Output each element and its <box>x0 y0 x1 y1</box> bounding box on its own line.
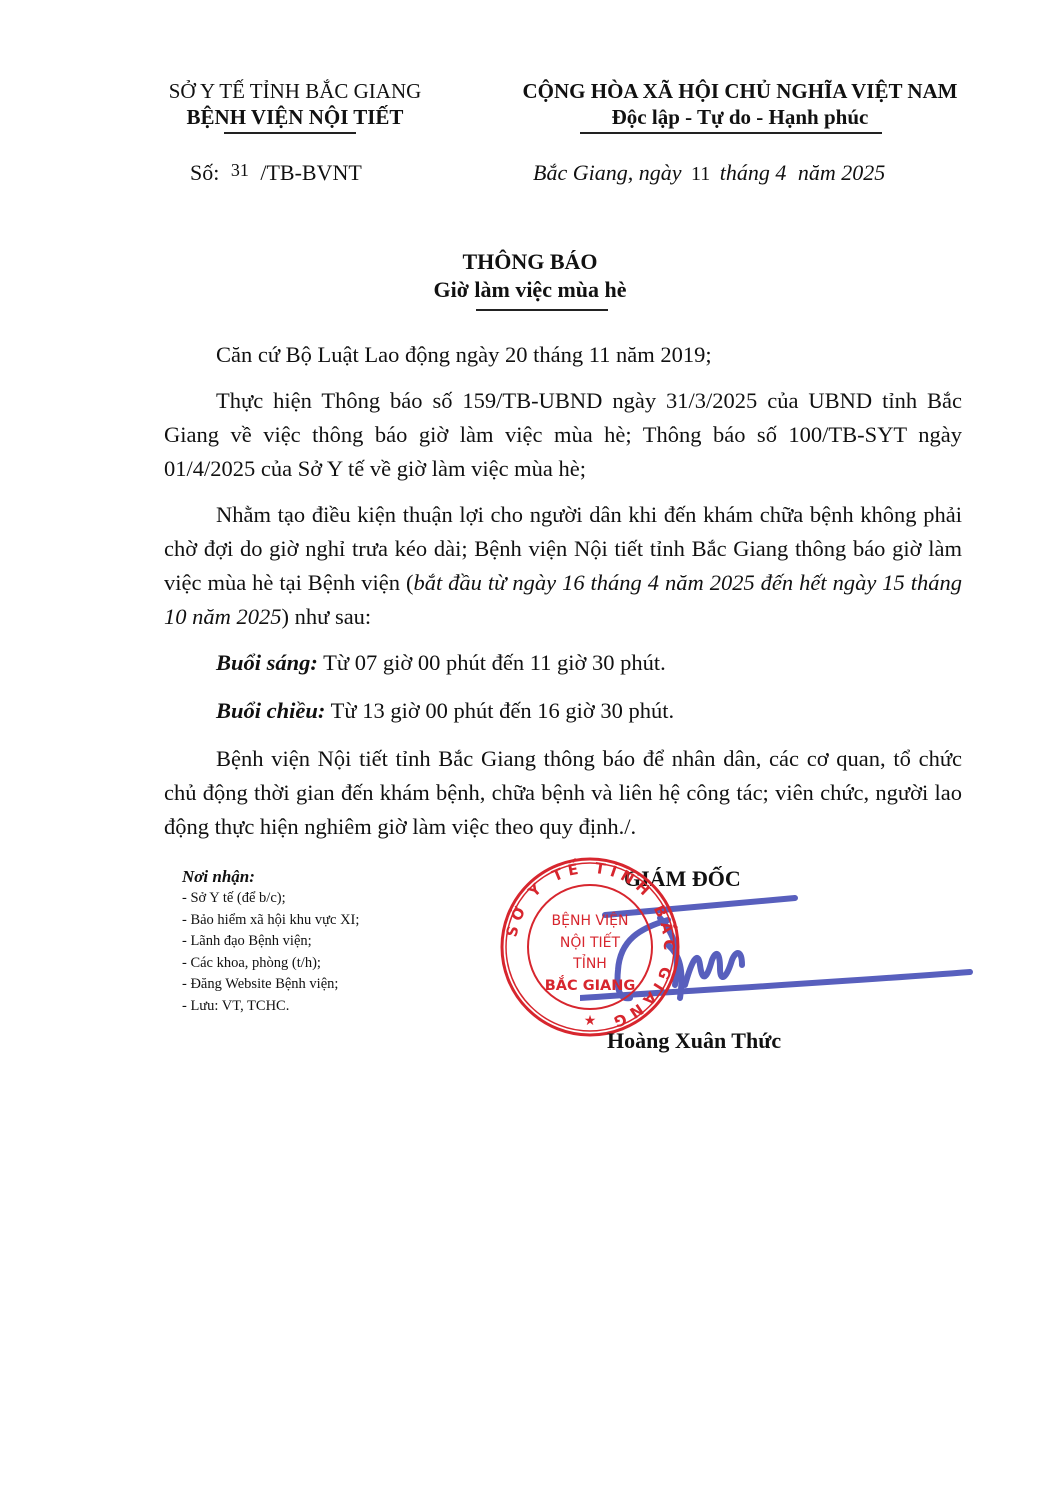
organization-underline <box>224 132 356 134</box>
official-stamp-icon: SỞ Y TẾ TỈNH BẮC GIANG BỆNH VIỆN NỘI TIẾ… <box>498 855 682 1039</box>
doc-number-suffix: /TB-BVNT <box>260 160 361 185</box>
date-year: năm 2025 <box>798 160 885 185</box>
date-place: Bắc Giang, ngày <box>533 160 681 185</box>
stamp-star-icon: ★ <box>584 1013 597 1029</box>
document-date: Bắc Giang, ngày 11 tháng 4 năm 2025 <box>533 160 885 187</box>
stamp-line-1: BỆNH VIỆN <box>552 911 629 929</box>
stamp-line-2: NỘI TIẾT <box>560 932 621 951</box>
recipient-item: - Bảo hiểm xã hội khu vực XI; <box>182 910 359 932</box>
legal-basis-paragraph: Căn cứ Bộ Luật Lao động ngày 20 tháng 11… <box>164 338 962 372</box>
organization-name: BỆNH VIỆN NỘI TIẾT <box>130 104 460 130</box>
recipients-block: Nơi nhận: - Sở Y tế (để b/c); - Bảo hiểm… <box>182 866 359 1017</box>
doc-number-value: 31 <box>231 160 249 180</box>
recipient-item: - Lưu: VT, TCHC. <box>182 996 359 1018</box>
date-day: 11 <box>691 163 710 185</box>
notice-title: THÔNG BÁO <box>380 248 680 276</box>
purpose-paragraph: Nhằm tạo điều kiện thuận lợi cho người d… <box>164 498 962 634</box>
national-motto: Độc lập - Tự do - Hạnh phúc <box>480 104 1000 130</box>
afternoon-label: Buổi chiều: <box>216 698 325 723</box>
notice-subtitle: Giờ làm việc mùa hè <box>380 276 680 304</box>
morning-label: Buổi sáng: <box>216 650 318 675</box>
closing-paragraph: Bệnh viện Nội tiết tỉnh Bắc Giang thông … <box>164 742 962 844</box>
agency-name: SỞ Y TẾ TỈNH BẮC GIANG <box>130 78 460 104</box>
title-underline <box>476 309 608 311</box>
afternoon-hours: Buổi chiều: Từ 13 giờ 00 phút đến 16 giờ… <box>164 694 962 728</box>
recipient-item: - Đăng Website Bệnh viện; <box>182 974 359 996</box>
stamp-line-3: TỈNH <box>572 954 607 972</box>
national-title: CỘNG HÒA XÃ HỘI CHỦ NGHĨA VIỆT NAM <box>480 78 1000 104</box>
morning-hours: Buổi sáng: Từ 07 giờ 00 phút đến 11 giờ … <box>164 646 962 680</box>
doc-number-prefix: Số: <box>190 160 219 185</box>
recipients-title: Nơi nhận: <box>182 866 359 888</box>
signer-name: Hoàng Xuân Thức <box>607 1028 781 1054</box>
recipient-item: - Sở Y tế (để b/c); <box>182 888 359 910</box>
recipient-item: - Lãnh đạo Bệnh viện; <box>182 931 359 953</box>
reference-paragraph: Thực hiện Thông báo số 159/TB-UBND ngày … <box>164 384 962 486</box>
recipient-item: - Các khoa, phòng (t/h); <box>182 953 359 975</box>
afternoon-time: Từ 13 giờ 00 phút đến 16 giờ 30 phút. <box>325 698 674 723</box>
date-month: tháng 4 <box>720 160 787 185</box>
purpose-text-end: ) như sau: <box>282 604 372 629</box>
stamp-line-4: BẮC GIANG <box>545 975 636 994</box>
notice-body: Căn cứ Bộ Luật Lao động ngày 20 tháng 11… <box>164 338 962 852</box>
morning-time: Từ 07 giờ 00 phút đến 11 giờ 30 phút. <box>318 650 666 675</box>
motto-underline <box>580 132 882 134</box>
document-number: Số: 31 /TB-BVNT <box>190 160 362 187</box>
